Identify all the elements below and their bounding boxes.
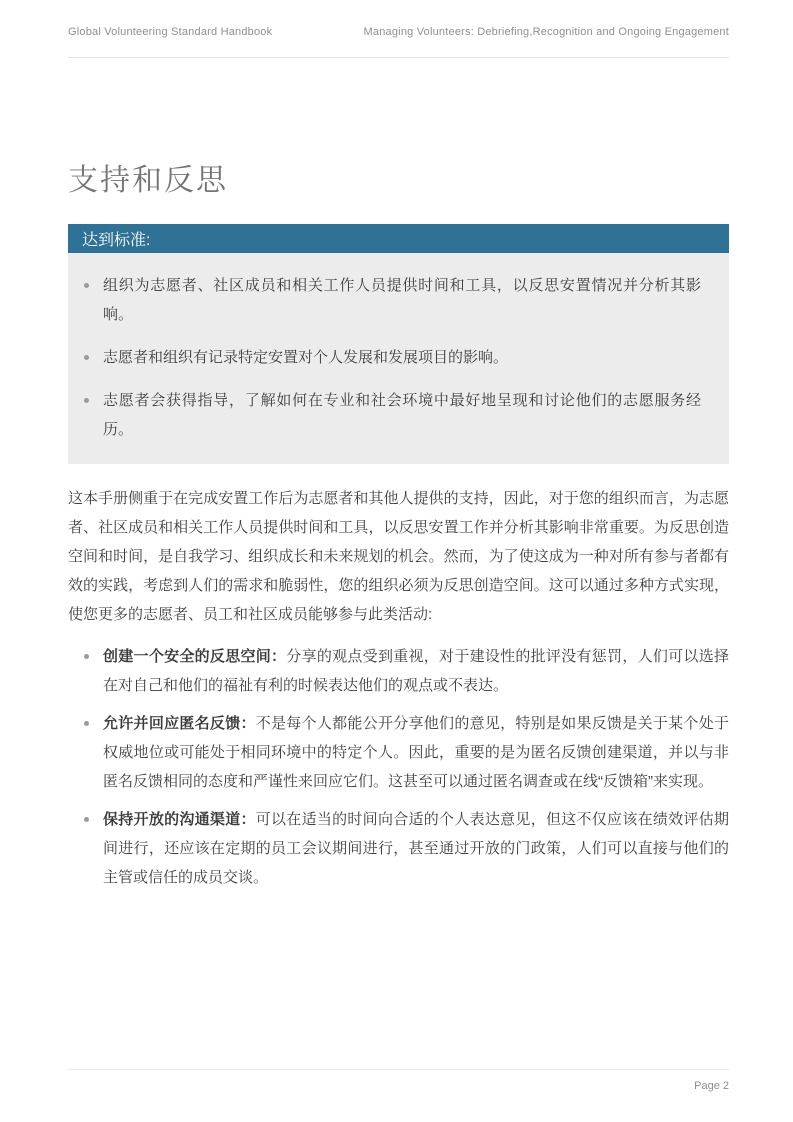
list-item: 志愿者会获得指导，了解如何在专业和社会环境中最好地呈现和讨论他们的志愿服务经历。 [68, 386, 701, 444]
page-header: Global Volunteering Standard Handbook Ma… [68, 0, 729, 38]
intro-paragraph: 这本手册侧重于在完成安置工作后为志愿者和其他人提供的支持，因此，对于您的组织而言… [68, 484, 729, 629]
standard-bullet-text: 志愿者会获得指导，了解如何在专业和社会环境中最好地呈现和讨论他们的志愿服务经历。 [103, 392, 701, 438]
list-item: 保持开放的沟通渠道：可以在适当的时间向合适的个人表达意见，但这不仅应该在绩效评估… [68, 805, 729, 892]
list-item: 志愿者和组织有记录特定安置对个人发展和发展项目的影响。 [68, 343, 701, 372]
document-page: Global Volunteering Standard Handbook Ma… [0, 0, 793, 1122]
list-item: 允许并回应匿名反馈：不是每个人都能公开分享他们的意见，特别是如果反馈是关于某个处… [68, 709, 729, 796]
header-divider [68, 57, 729, 58]
standard-bullet-text: 志愿者和组织有记录特定安置对个人发展和发展项目的影响。 [103, 349, 508, 366]
standard-bullet-text: 组织为志愿者、社区成员和相关工作人员提供时间和工具，以反思安置情况并分析其影响。 [103, 277, 701, 323]
standard-heading-label: 达到标准: [82, 227, 150, 250]
tip-lead: 保持开放的沟通渠道： [103, 811, 256, 828]
list-item: 组织为志愿者、社区成员和相关工作人员提供时间和工具，以反思安置情况并分析其影响。 [68, 271, 701, 329]
standard-section: 达到标准: 组织为志愿者、社区成员和相关工作人员提供时间和工具，以反思安置情况并… [68, 224, 729, 464]
tip-lead: 创建一个安全的反思空间： [103, 648, 286, 665]
header-right-title: Managing Volunteers: Debriefing,Recognit… [364, 26, 729, 38]
header-left-title: Global Volunteering Standard Handbook [68, 26, 272, 38]
page-content: Global Volunteering Standard Handbook Ma… [0, 0, 793, 892]
page-number: Page 2 [68, 1080, 729, 1092]
list-item: 创建一个安全的反思空间：分享的观点受到重视，对于建设性的批评没有惩罚，人们可以选… [68, 642, 729, 700]
page-title: 支持和反思 [68, 155, 729, 199]
tip-lead: 允许并回应匿名反馈： [103, 715, 256, 732]
standard-bullet-list: 组织为志愿者、社区成员和相关工作人员提供时间和工具，以反思安置情况并分析其影响。… [68, 271, 701, 444]
standard-criteria-box: 组织为志愿者、社区成员和相关工作人员提供时间和工具，以反思安置情况并分析其影响。… [68, 253, 729, 464]
page-footer: Page 2 [68, 1069, 729, 1092]
footer-divider [68, 1069, 729, 1070]
tips-list: 创建一个安全的反思空间：分享的观点受到重视，对于建设性的批评没有惩罚，人们可以选… [68, 642, 729, 892]
standard-heading-bar: 达到标准: [68, 224, 729, 253]
